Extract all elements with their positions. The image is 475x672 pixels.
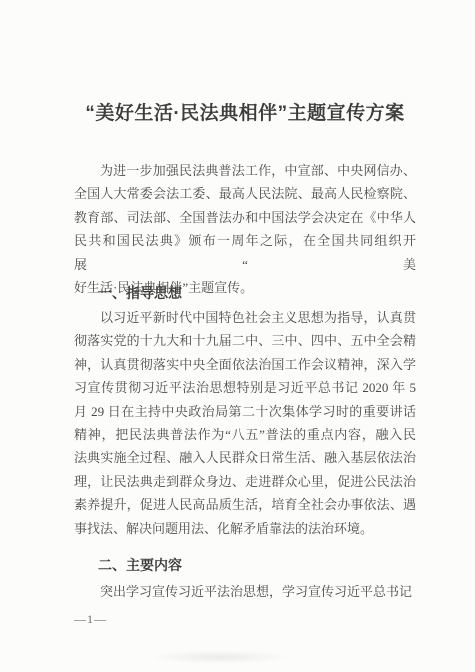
paragraph-line: 突出学习宣传习近平法治思想，学习宣传习近平总书记 [74,580,416,603]
paragraph-line: 素养提升，促进人民高品质生活，培育全社会办事依法、遇 [74,493,416,516]
paragraph-line: 事找法、解决问题用法、化解矛盾靠法的法治环境。 [74,517,416,540]
paragraph-line: 神，认真贯彻落实中央全面依法治国工作会议精神，深入学 [74,353,416,376]
intro-paragraph: 为进一步加强民法典普法工作，中宣部、中央网信办、 全国人大常委会法工委、最高人民… [74,159,416,299]
paragraph-line: 民共和国民法典》颁布一周年之际，在全国共同组织开展“美 [74,229,416,276]
paragraph-line: 为进一步加强民法典普法工作，中宣部、中央网信办、 [74,159,416,182]
document-page: “美好生活·民法典相伴”主题宣传方案 为进一步加强民法典普法工作，中宣部、中央网… [0,0,475,672]
section-heading-main-content: 二、主要内容 [98,556,182,574]
paragraph-line: 法典实施全过程、融入人民群众日常生活、融入基层依法治 [74,446,416,469]
paragraph-line: 精神，把民法典普法作为“八五”普法的重点内容，融入民 [74,423,416,446]
document-title: “美好生活·民法典相伴”主题宣传方案 [74,101,416,127]
paragraph-line: 彻落实党的十九大和十九届二中、三中、四中、五中全会精 [74,329,416,352]
scan-artifact [150,650,290,664]
main-content-paragraph: 突出学习宣传习近平法治思想，学习宣传习近平总书记 [74,580,416,603]
paragraph-line: 月 29 日在主持中央政治局第二十次集体学习时的重要讲话 [74,400,416,423]
paragraph-line: 教育部、司法部、全国普法办和中国法学会决定在《中华人 [74,206,416,229]
paragraph-line: 习宣传贯彻习近平法治思想特别是习近平总书记 2020 年 5 [74,376,416,399]
section-heading-guiding-ideology: 一、指导思想 [98,284,182,302]
paragraph-line: 理，让民法典走到群众身边、走进群众心里，促进公民法治 [74,470,416,493]
paragraph-line: 以习近平新时代中国特色社会主义思想为指导，认真贯 [74,306,416,329]
guiding-ideology-paragraph: 以习近平新时代中国特色社会主义思想为指导，认真贯 彻落实党的十九大和十九届二中、… [74,306,416,540]
paragraph-line: 全国人大常委会法工委、最高人民法院、最高人民检察院、 [74,182,416,205]
page-number: —1— [74,612,107,627]
